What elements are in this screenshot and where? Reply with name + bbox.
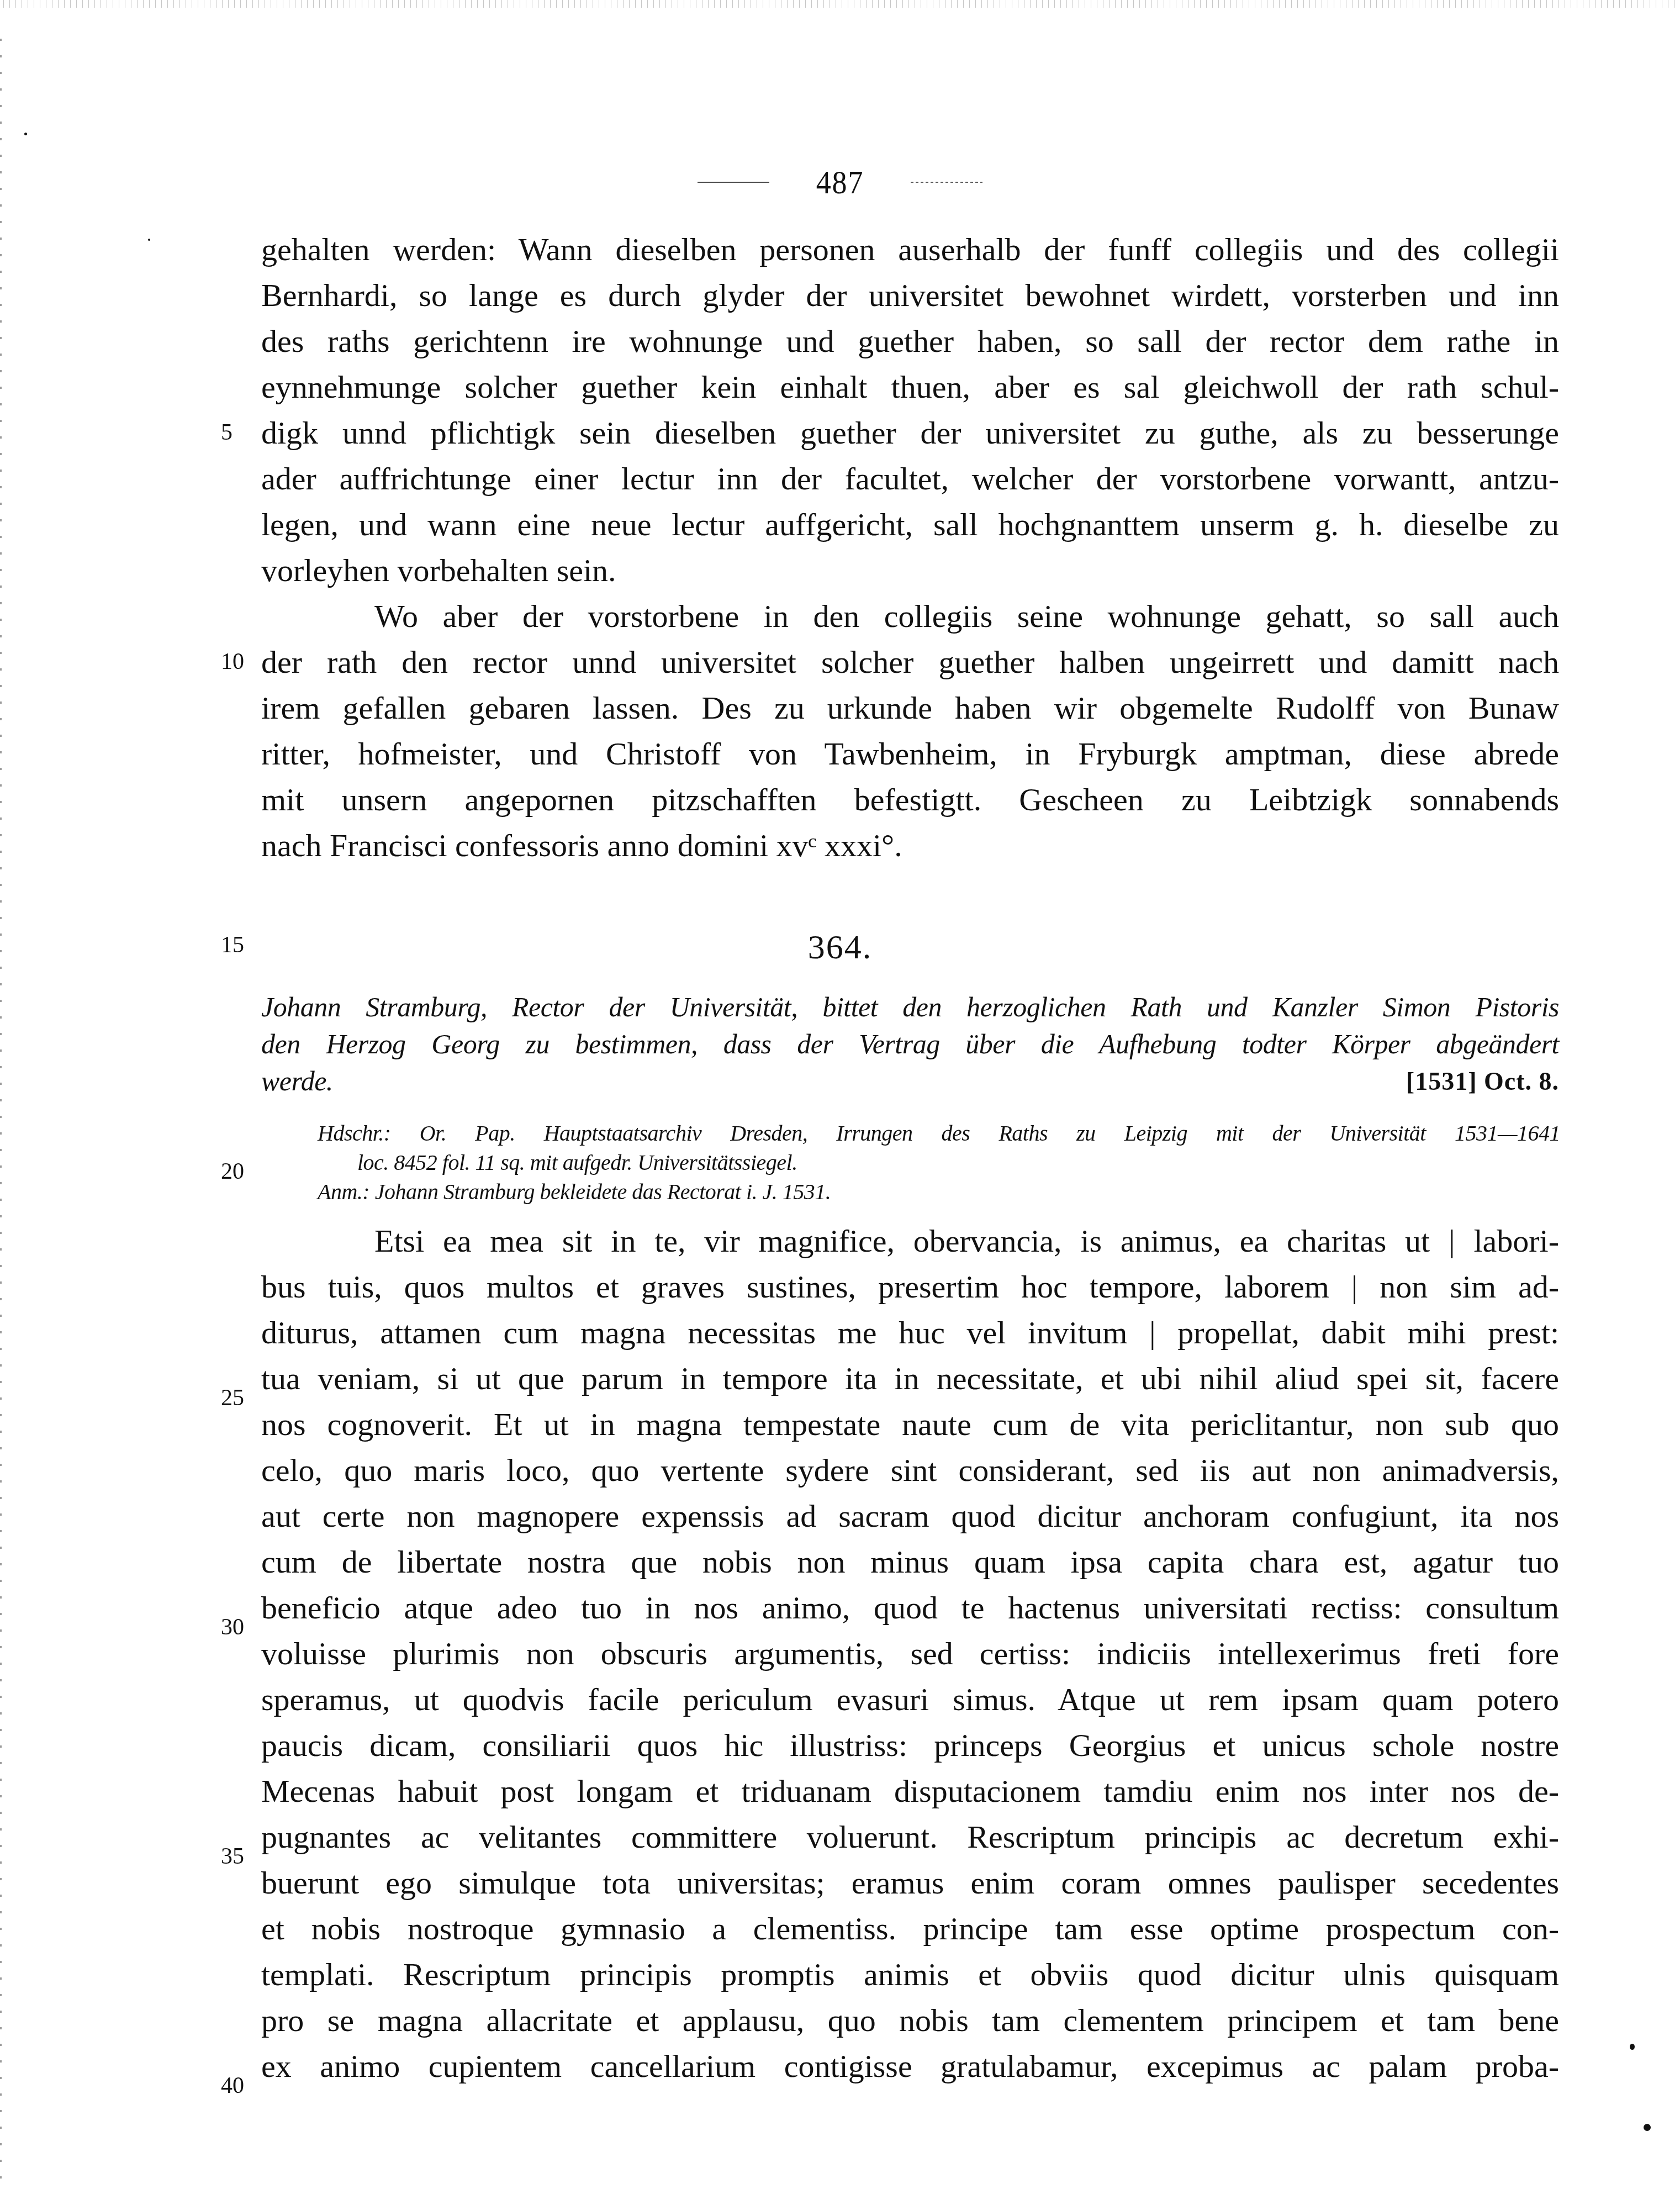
manuscript-source-line: Hdschr.: Or. Pap. Hauptstaatsarchiv Dres…	[318, 1119, 1560, 1148]
text-line: ader auffrichtunge einer lectur inn der …	[261, 456, 1559, 502]
text-line: pugnantes ac velitantes committere volue…	[261, 1814, 1559, 1860]
text-line: celo, quo maris loco, quo vertente syder…	[261, 1447, 1559, 1493]
line-number-30: 30	[221, 1605, 254, 1650]
text-line: speramus, ut quodvis facile periculum ev…	[261, 1676, 1559, 1722]
text-line: pro se magna allacritate et applausu, qu…	[261, 1997, 1559, 2043]
text-line: voluisse plurimis non obscuris argumenti…	[261, 1631, 1559, 1676]
text-line: nach Francisci confessoris anno domini x…	[261, 822, 1559, 868]
text-line: des raths gerichtenn ire wohnunge und gu…	[261, 318, 1559, 364]
line-number-40: 40	[221, 2063, 254, 2109]
text-line: nos cognoverit. Et ut in magna tempestat…	[261, 1401, 1559, 1447]
continuation-text: gehalten werden: Wann dieselben personen…	[261, 226, 1559, 868]
line-number-10: 10	[221, 639, 254, 685]
text-line: ritter, hofmeister, und Christoff von Ta…	[261, 731, 1559, 777]
text-line: beneficio atque adeo tuo in nos animo, q…	[261, 1585, 1559, 1631]
text-line: aut certe non magnopere expenssis ad sac…	[261, 1493, 1559, 1539]
page-header: 487	[0, 160, 1680, 204]
text-line: bus tuis, quos multos et graves sustines…	[261, 1264, 1559, 1310]
text-line: buerunt ego simulque tota universitas; e…	[261, 1860, 1559, 1906]
scan-speck	[1644, 2124, 1651, 2131]
header-rule-right	[911, 182, 982, 183]
text-line: templati. Rescriptum principis promptis …	[261, 1951, 1559, 1997]
page-number: 487	[816, 163, 864, 202]
text-line: irem gefallen gebaren lassen. Des zu urk…	[261, 685, 1559, 731]
regest-line: den Herzog Georg zu bestimmen, dass der …	[261, 1026, 1559, 1063]
line-number-25: 25	[221, 1375, 254, 1421]
manuscript-source-continuation: loc. 8452 fol. 11 sq. mit aufgedr. Unive…	[318, 1148, 1560, 1177]
scan-speck	[24, 133, 27, 135]
text-line: Mecenas habuit post longam et triduanam …	[261, 1768, 1559, 1814]
paragraph-start-line: Wo aber der vorstorbene in den collegiis…	[261, 593, 1559, 639]
document-regest: Johann Stramburg, Rector der Universität…	[261, 989, 1559, 1100]
line-number-35: 35	[221, 1834, 254, 1880]
text-line: tua veniam, si ut que parum in tempore i…	[261, 1355, 1559, 1401]
text-line: der rath den rector unnd universitet sol…	[261, 639, 1559, 685]
text-line: eynnehmunge solcher guether kein einhalt…	[261, 364, 1559, 410]
text-line: vorleyhen vorbehalten sein.	[261, 547, 1559, 593]
scan-artifact-left-edge	[0, 33, 2, 2187]
text-line: et nobis nostroque gymnasio a clementiss…	[261, 1906, 1559, 1951]
text-line: ex animo cupientem cancellarium contigis…	[261, 2043, 1559, 2089]
scan-speck	[148, 239, 150, 241]
text-line: mit unsern angepornen pitzschafften befe…	[261, 777, 1559, 822]
line-number-5: 5	[221, 410, 254, 456]
text-line: legen, und wann eine neue lectur auffger…	[261, 502, 1559, 547]
text-line: digk unnd pflichtigk sein dieselben guet…	[261, 410, 1559, 456]
regest-line-text: werde.	[261, 1066, 333, 1096]
text-line: Bernhardi, so lange es durch glyder der …	[261, 272, 1559, 318]
document-number: 364.	[0, 928, 1680, 967]
text-line: gehalten werden: Wann dieselben personen…	[261, 226, 1559, 272]
line-number-20: 20	[221, 1149, 254, 1195]
scan-speck	[1630, 2044, 1635, 2050]
document-date: [1531] Oct. 8.	[1406, 1063, 1559, 1100]
text-line: cum de libertate nostra que nobis non mi…	[261, 1539, 1559, 1585]
scan-artifact-top-edge	[0, 0, 1680, 8]
regest-line-last: werde. [1531] Oct. 8.	[261, 1063, 1559, 1100]
text-line: paucis dicam, consiliarii quos hic illus…	[261, 1722, 1559, 1768]
regest-line: Johann Stramburg, Rector der Universität…	[261, 989, 1559, 1026]
annotation-note: Anm.: Johann Stramburg bekleidete das Re…	[318, 1177, 1560, 1206]
paragraph-start-line: Etsi ea mea sit in te, vir magnifice, ob…	[261, 1218, 1559, 1264]
header-rule-left	[698, 182, 769, 183]
text-line: diturus, attamen cum magna necessitas me…	[261, 1310, 1559, 1355]
source-notes: Hdschr.: Or. Pap. Hauptstaatsarchiv Dres…	[318, 1119, 1560, 1206]
letter-text: Etsi ea mea sit in te, vir magnifice, ob…	[261, 1218, 1559, 2089]
